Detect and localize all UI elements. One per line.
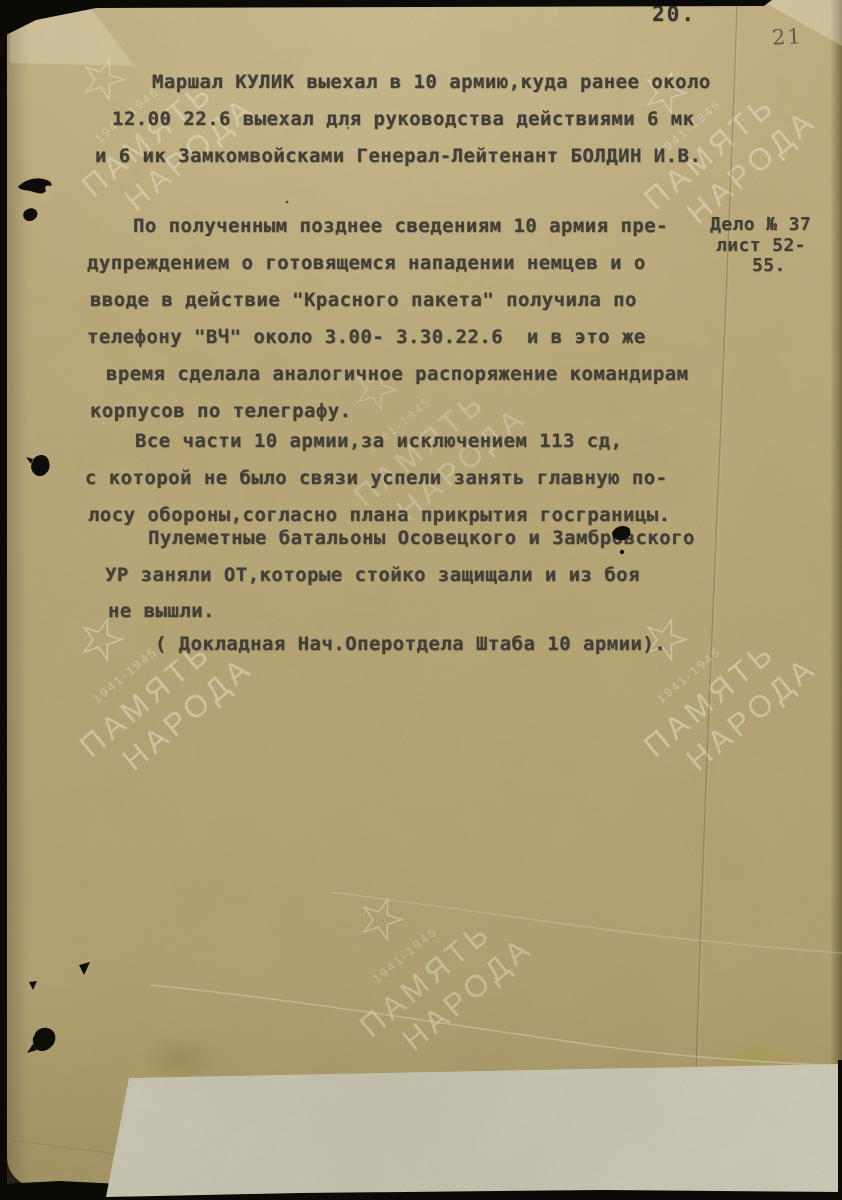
typed-line: Все части 10 армии,за исключением 113 сд… — [135, 430, 622, 452]
typed-line: УР заняли ОТ,которые стойко защищали и и… — [105, 564, 640, 586]
scan-edge-right — [838, 1060, 842, 1200]
typed-line: ( Докладная Нач.Оперотдела Штаба 10 арми… — [155, 633, 666, 655]
typed-line: не вышли. — [108, 600, 215, 622]
typed-line: По полученным позднее сведениям 10 армия… — [133, 215, 668, 237]
page-edge-shadow — [830, 0, 842, 1075]
typed-line: телефону "ВЧ" около 3.00- 3.30.22.6 и в … — [87, 326, 646, 348]
scan-edge-left — [0, 0, 7, 1200]
margin-note-line: лист 52- — [716, 236, 806, 256]
page-number-pencil: 21 — [771, 24, 803, 50]
margin-note-line: 55. — [752, 256, 786, 276]
typed-line: время сделала аналогичное распоряжение к… — [106, 363, 689, 385]
typed-line: вводе в действие "Красного пакета" получ… — [90, 289, 637, 311]
typed-line: лосу обороны,согласно плана прикрытия го… — [88, 504, 671, 526]
paper-stain — [140, 1035, 220, 1083]
scanned-document: ☆ 1941-1945 ПАМЯТЬ НАРОДА ☆ 1941-1945 ПА… — [0, 0, 842, 1200]
typed-line: с которой не было связи успели занять гл… — [85, 467, 668, 489]
typed-line: и 6 ик Замкомвойсками Генерал-Лейтенант … — [95, 145, 701, 167]
typed-line: Пулеметные батальоны Осовецкого и Замбро… — [148, 527, 695, 549]
typed-line: дупреждением о готовящемся нападении нем… — [87, 252, 646, 274]
typed-line: Маршал КУЛИК выехал в 10 армию,куда ране… — [152, 71, 711, 93]
typed-line: 12.00 22.6 выехал для руководства действ… — [112, 108, 695, 130]
margin-note-line: Дело № 37 — [710, 215, 811, 235]
typed-line: корпусов по телеграфу. — [90, 400, 352, 422]
